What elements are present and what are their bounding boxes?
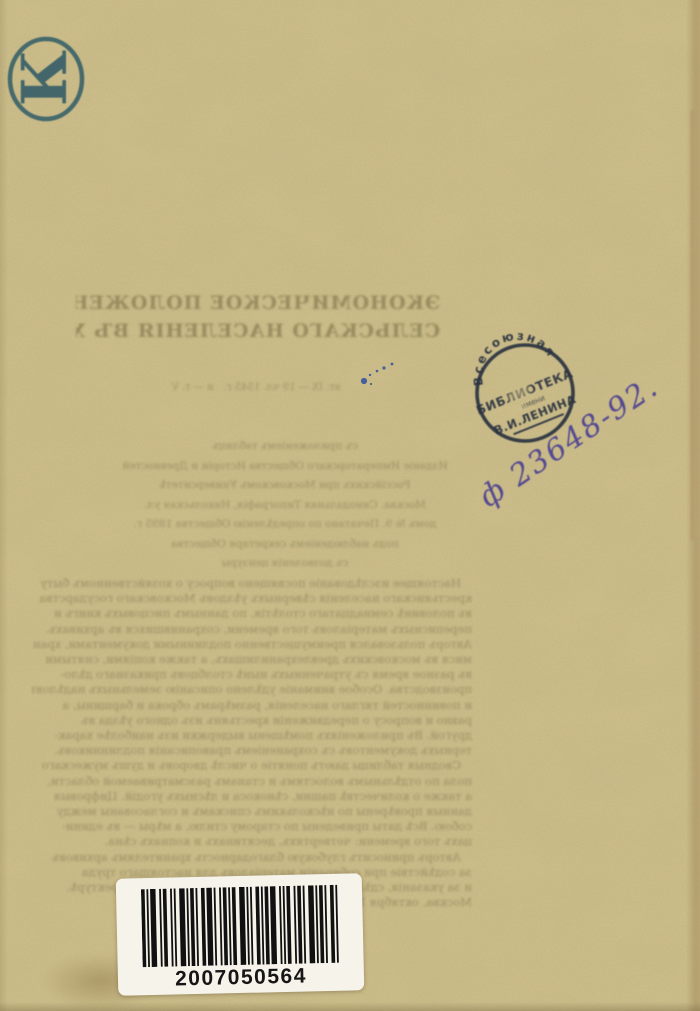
corner-k-stamp: К — [2, 32, 102, 136]
scanned-book-page: ЭКОНОМИЧЕСКОЕ ПОЛОЖЕНІЕСЕЛЬСКАГО НАСЕЛЕН… — [0, 0, 700, 1011]
barcode-bars — [141, 885, 341, 967]
accession-number: ф 23648-92. — [430, 380, 700, 550]
svg-text:ф 23648-92.: ф 23648-92. — [473, 380, 665, 515]
k-stamp-letter: К — [8, 50, 81, 106]
barcode-label: 2007050564 — [116, 873, 365, 996]
page-edge-left — [0, 0, 8, 1011]
ink-specks — [340, 350, 420, 410]
barcode-number: 2007050564 — [118, 963, 364, 993]
